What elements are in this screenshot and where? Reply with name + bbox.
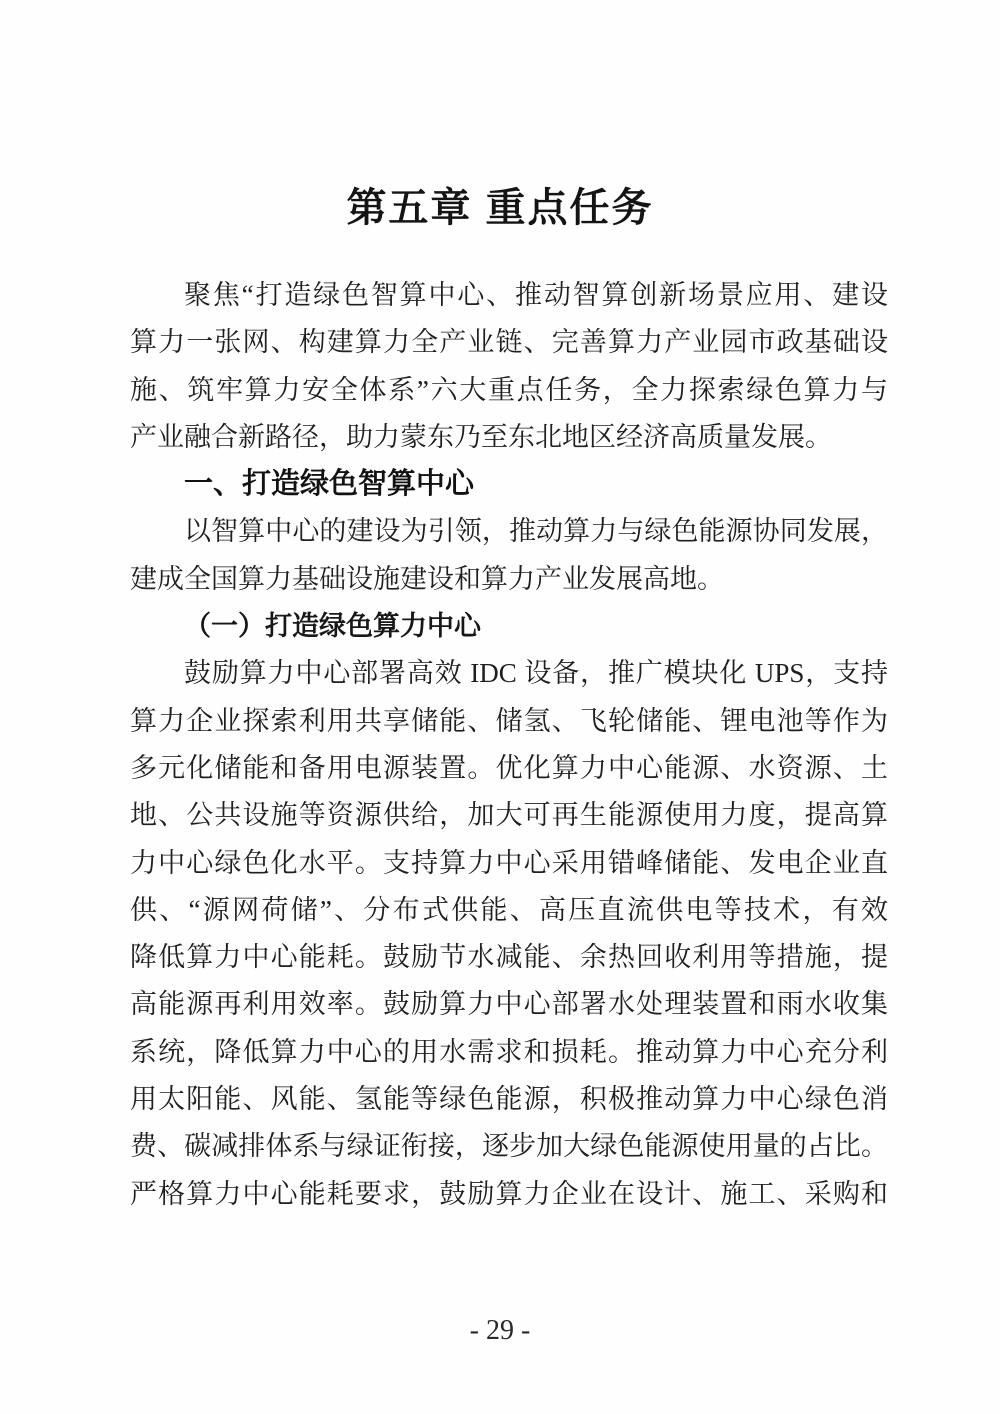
body-line: 费、碳减排体系与绿证衔接，逐步加大绿色能源使用量的占比。: [130, 1123, 888, 1170]
body-line: 降低算力中心能耗。鼓励节水减能、余热回收利用等措施，提: [130, 934, 888, 981]
body-line: 建成全国算力基础设施建设和算力产业发展高地。: [130, 556, 888, 603]
body-line: 系统，降低算力中心的用水需求和损耗。推动算力中心充分利: [130, 1029, 888, 1076]
body-line: 聚焦“打造绿色智算中心、推动智算创新场景应用、建设: [130, 272, 888, 319]
body-line: 高能源再利用效率。鼓励算力中心部署水处理装置和雨水收集: [130, 981, 888, 1028]
subsection-heading: （一）打造绿色算力中心: [130, 603, 888, 650]
document-page: 第五章 重点任务 聚焦“打造绿色智算中心、推动智算创新场景应用、建设算力一张网、…: [0, 0, 1000, 1414]
section-heading: 一、打造绿色智算中心: [130, 461, 888, 508]
body-line: 严格算力中心能耗要求，鼓励算力企业在设计、施工、采购和: [130, 1171, 888, 1218]
body-line: 产业融合新路径，助力蒙东乃至东北地区经济高质量发展。: [130, 414, 888, 461]
body-line: 鼓励算力中心部署高效 IDC 设备，推广模块化 UPS，支持: [130, 650, 888, 697]
body-line: 多元化储能和备用电源装置。优化算力中心能源、水资源、土: [130, 745, 888, 792]
body-line: 供、“源网荷储”、分布式供能、高压直流供电等技术，有效: [130, 887, 888, 934]
body-line: 力中心绿色化水平。支持算力中心采用错峰储能、发电企业直: [130, 840, 888, 887]
chapter-title: 第五章 重点任务: [0, 176, 1000, 233]
body-line: 施、筑牢算力安全体系”六大重点任务，全力探索绿色算力与: [130, 367, 888, 414]
body-line: 用太阳能、风能、氢能等绿色能源，积极推动算力中心绿色消: [130, 1076, 888, 1123]
body-line: 以智算中心的建设为引领，推动算力与绿色能源协同发展，: [130, 508, 888, 555]
document-body: 聚焦“打造绿色智算中心、推动智算创新场景应用、建设算力一张网、构建算力全产业链、…: [130, 272, 888, 1218]
body-line: 地、公共设施等资源供给，加大可再生能源使用力度，提高算: [130, 792, 888, 839]
page-number: - 29 -: [0, 1315, 1000, 1347]
body-line: 算力企业探索利用共享储能、储氢、飞轮储能、锂电池等作为: [130, 698, 888, 745]
body-line: 算力一张网、构建算力全产业链、完善算力产业园市政基础设: [130, 319, 888, 366]
